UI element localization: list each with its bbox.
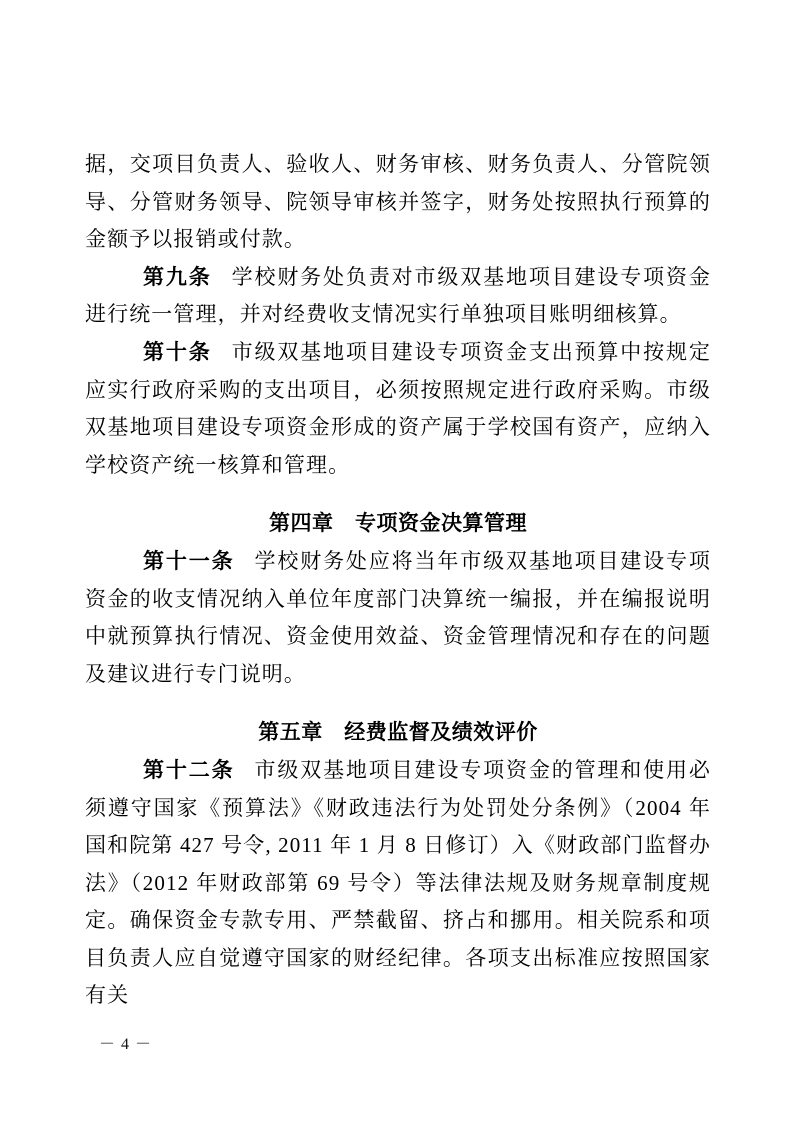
article-number: 第十二条 xyxy=(143,758,234,782)
chapter-heading-4: 第四章 专项资金决算管理 xyxy=(85,505,711,543)
paragraph-article-11: 第十一条学校财务处应将当年市级双基地项目建设专项资金的收支情况纳入单位年度部门决… xyxy=(85,543,711,693)
article-number: 第十条 xyxy=(143,340,212,364)
article-number: 第十一条 xyxy=(143,549,234,573)
paragraph-article-12: 第十二条市级双基地项目建设专项资金的管理和使用必须遵守国家《预算法》《财政违法行… xyxy=(85,752,711,1015)
paragraph-continuation: 据，交项目负责人、验收人、财务审核、财务负责人、分管院领导、分管财务领导、院领导… xyxy=(85,146,711,259)
paragraph-text: 据，交项目负责人、验收人、财务审核、财务负责人、分管院领导、分管财务领导、院领导… xyxy=(85,152,711,251)
page-number: － 4 － xyxy=(99,1031,152,1054)
document-body: 据，交项目负责人、验收人、财务审核、财务负责人、分管院领导、分管财务领导、院领导… xyxy=(85,146,711,1015)
paragraph-text: 市级双基地项目建设专项资金的管理和使用必须遵守国家《预算法》《财政违法行为处罚处… xyxy=(85,758,711,1008)
paragraph-article-9: 第九条学校财务处负责对市级双基地项目建设专项资金进行统一管理，并对经费收支情况实… xyxy=(85,259,711,334)
chapter-heading-5: 第五章 经费监督及绩效评价 xyxy=(85,714,711,752)
paragraph-article-10: 第十条市级双基地项目建设专项资金支出预算中按规定应实行政府采购的支出项目，必须按… xyxy=(85,334,711,484)
document-page: 据，交项目负责人、验收人、财务审核、财务负责人、分管院领导、分管财务领导、院领导… xyxy=(0,0,794,1123)
article-number: 第九条 xyxy=(143,265,212,289)
